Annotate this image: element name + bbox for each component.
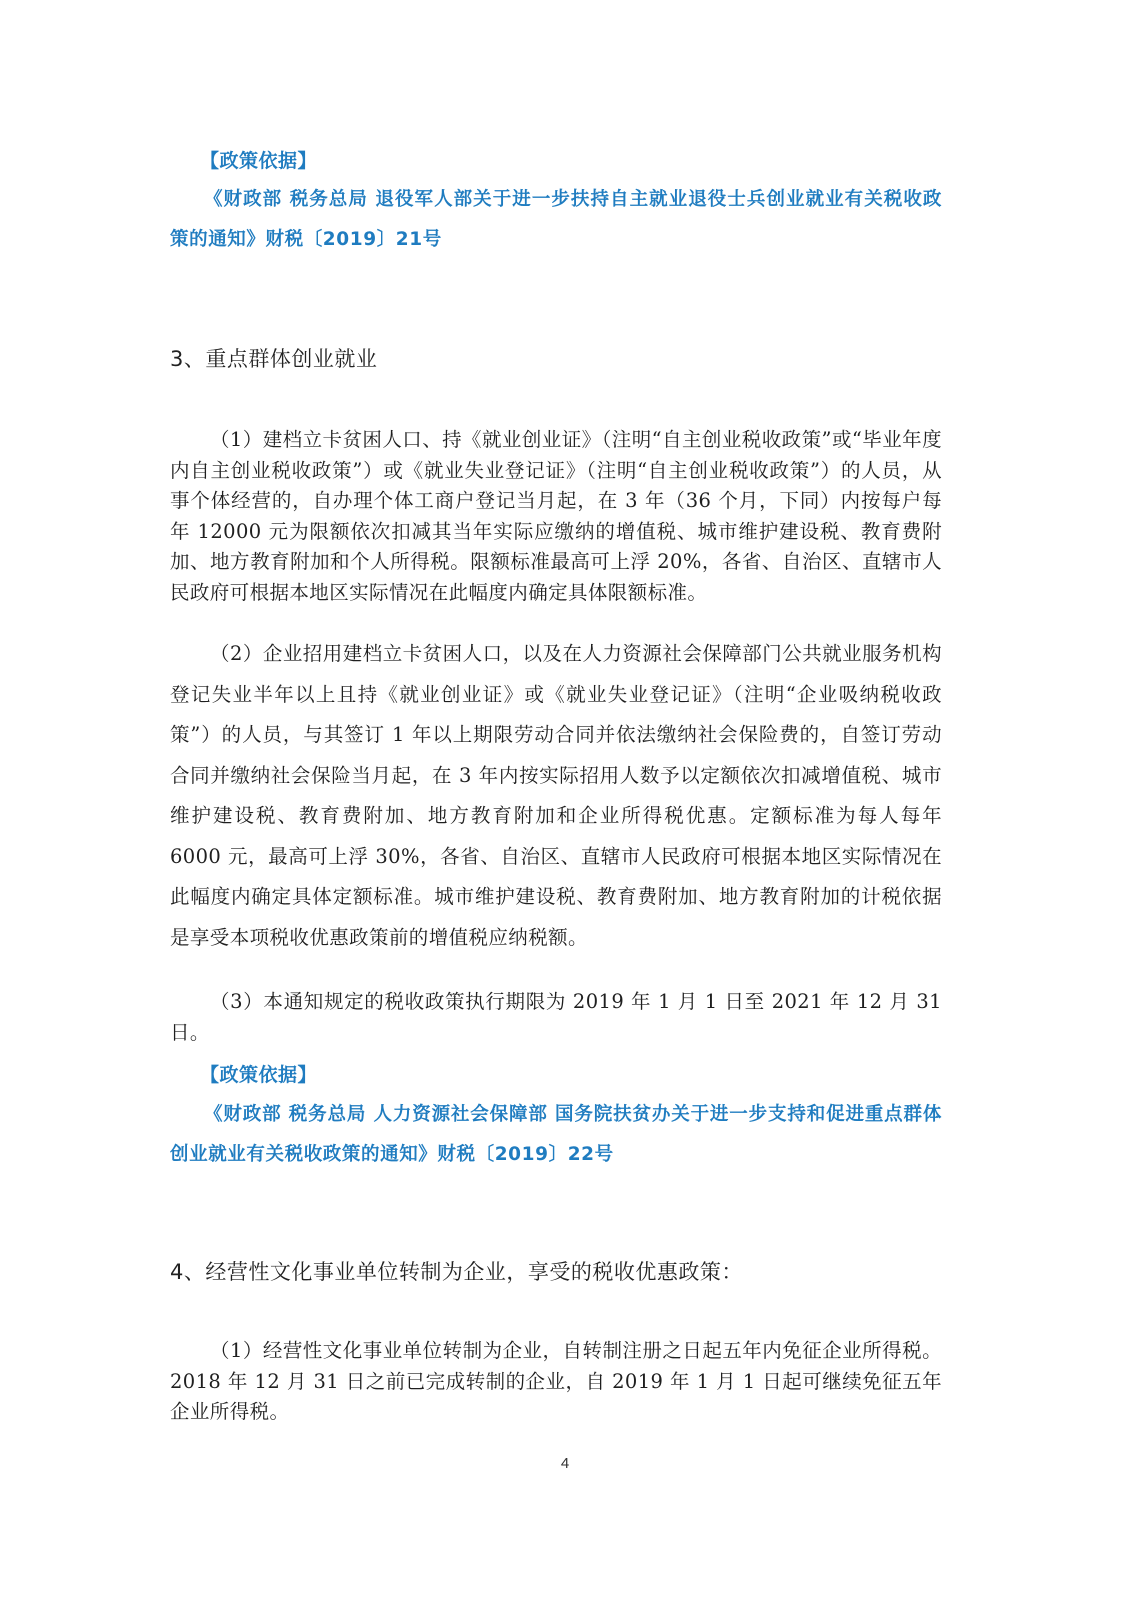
page-number: 4 <box>0 1455 1130 1472</box>
policy-basis-label: 【政策依据】 <box>200 1060 972 1087</box>
policy-basis-label: 【政策依据】 <box>200 146 972 173</box>
policy-basis-reference: 《财政部 税务总局 退役军人部关于进一步扶持自主就业退役士兵创业就业有关税收政策… <box>170 180 942 260</box>
policy-basis-reference: 《财政部 税务总局 人力资源社会保障部 国务院扶贫办关于进一步支持和促进重点群体… <box>170 1095 942 1175</box>
section-4-paragraph-1: （1）经营性文化事业单位转制为企业，自转制注册之日起五年内免征企业所得税。201… <box>170 1336 942 1428</box>
section-3-paragraph-3: （3）本通知规定的税收政策执行期限为 2019 年 1 月 1 日至 2021 … <box>170 987 942 1048</box>
document-page: 【政策依据】 《财政部 税务总局 退役军人部关于进一步扶持自主就业退役士兵创业就… <box>0 0 1130 1600</box>
section-heading-4: 4、经营性文化事业单位转制为企业，享受的税收优惠政策： <box>170 1256 942 1286</box>
section-heading-3: 3、重点群体创业就业 <box>170 343 942 373</box>
section-3-paragraph-1: （1）建档立卡贫困人口、持《就业创业证》（注明“自主创业税收政策”或“毕业年度内… <box>170 425 942 608</box>
section-3-paragraph-2: （2）企业招用建档立卡贫困人口，以及在人力资源社会保障部门公共就业服务机构登记失… <box>170 634 942 958</box>
